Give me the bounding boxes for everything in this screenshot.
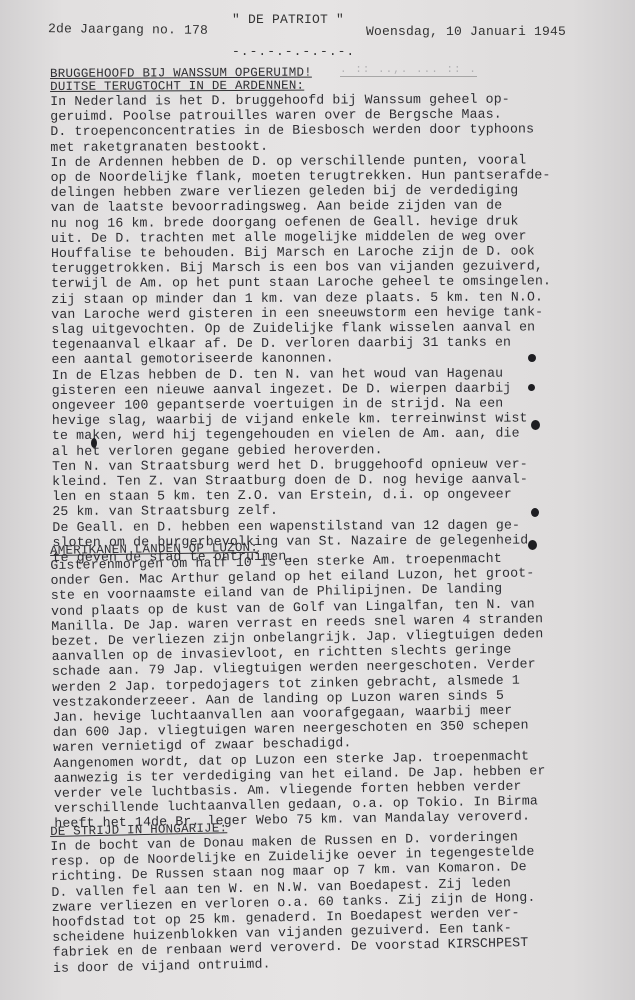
text-line: slag uitgevochten. Op de Zuidelijke flan…: [51, 319, 611, 337]
ink-blot: [91, 438, 97, 448]
ink-blot: [528, 354, 536, 362]
article-bridgehead: BRUGGEHOOFD BIJ WANSSUM OPGERUIMD! DUITS…: [50, 65, 613, 565]
text-line: D. troepenconcentraties in de Biesbosch …: [50, 121, 610, 139]
ink-blot: [531, 508, 539, 517]
article-hungary: DE STRIJD IN HONGARIJE: In de bocht van …: [50, 814, 613, 976]
ink-blot: [528, 540, 537, 550]
ink-blot: [528, 384, 535, 391]
newspaper-title: " DE PATRIOT ": [232, 12, 344, 27]
ink-blot: [531, 420, 540, 430]
issue-number: 2de Jaargang no. 178: [48, 21, 208, 38]
newspaper-page: 2de Jaargang no. 178 " DE PATRIOT " Woen…: [0, 0, 635, 1000]
article-luzon: AMERIKANEN LANDEN OP LUZON: Gisterenmorg…: [50, 536, 614, 831]
text-line: op de Noordelijke flank, moeten terugtre…: [51, 167, 611, 185]
issue-date: Woensdag, 10 Januari 1945: [366, 24, 566, 39]
header-separator: -.-.-.-.-.-.-.: [232, 44, 355, 59]
